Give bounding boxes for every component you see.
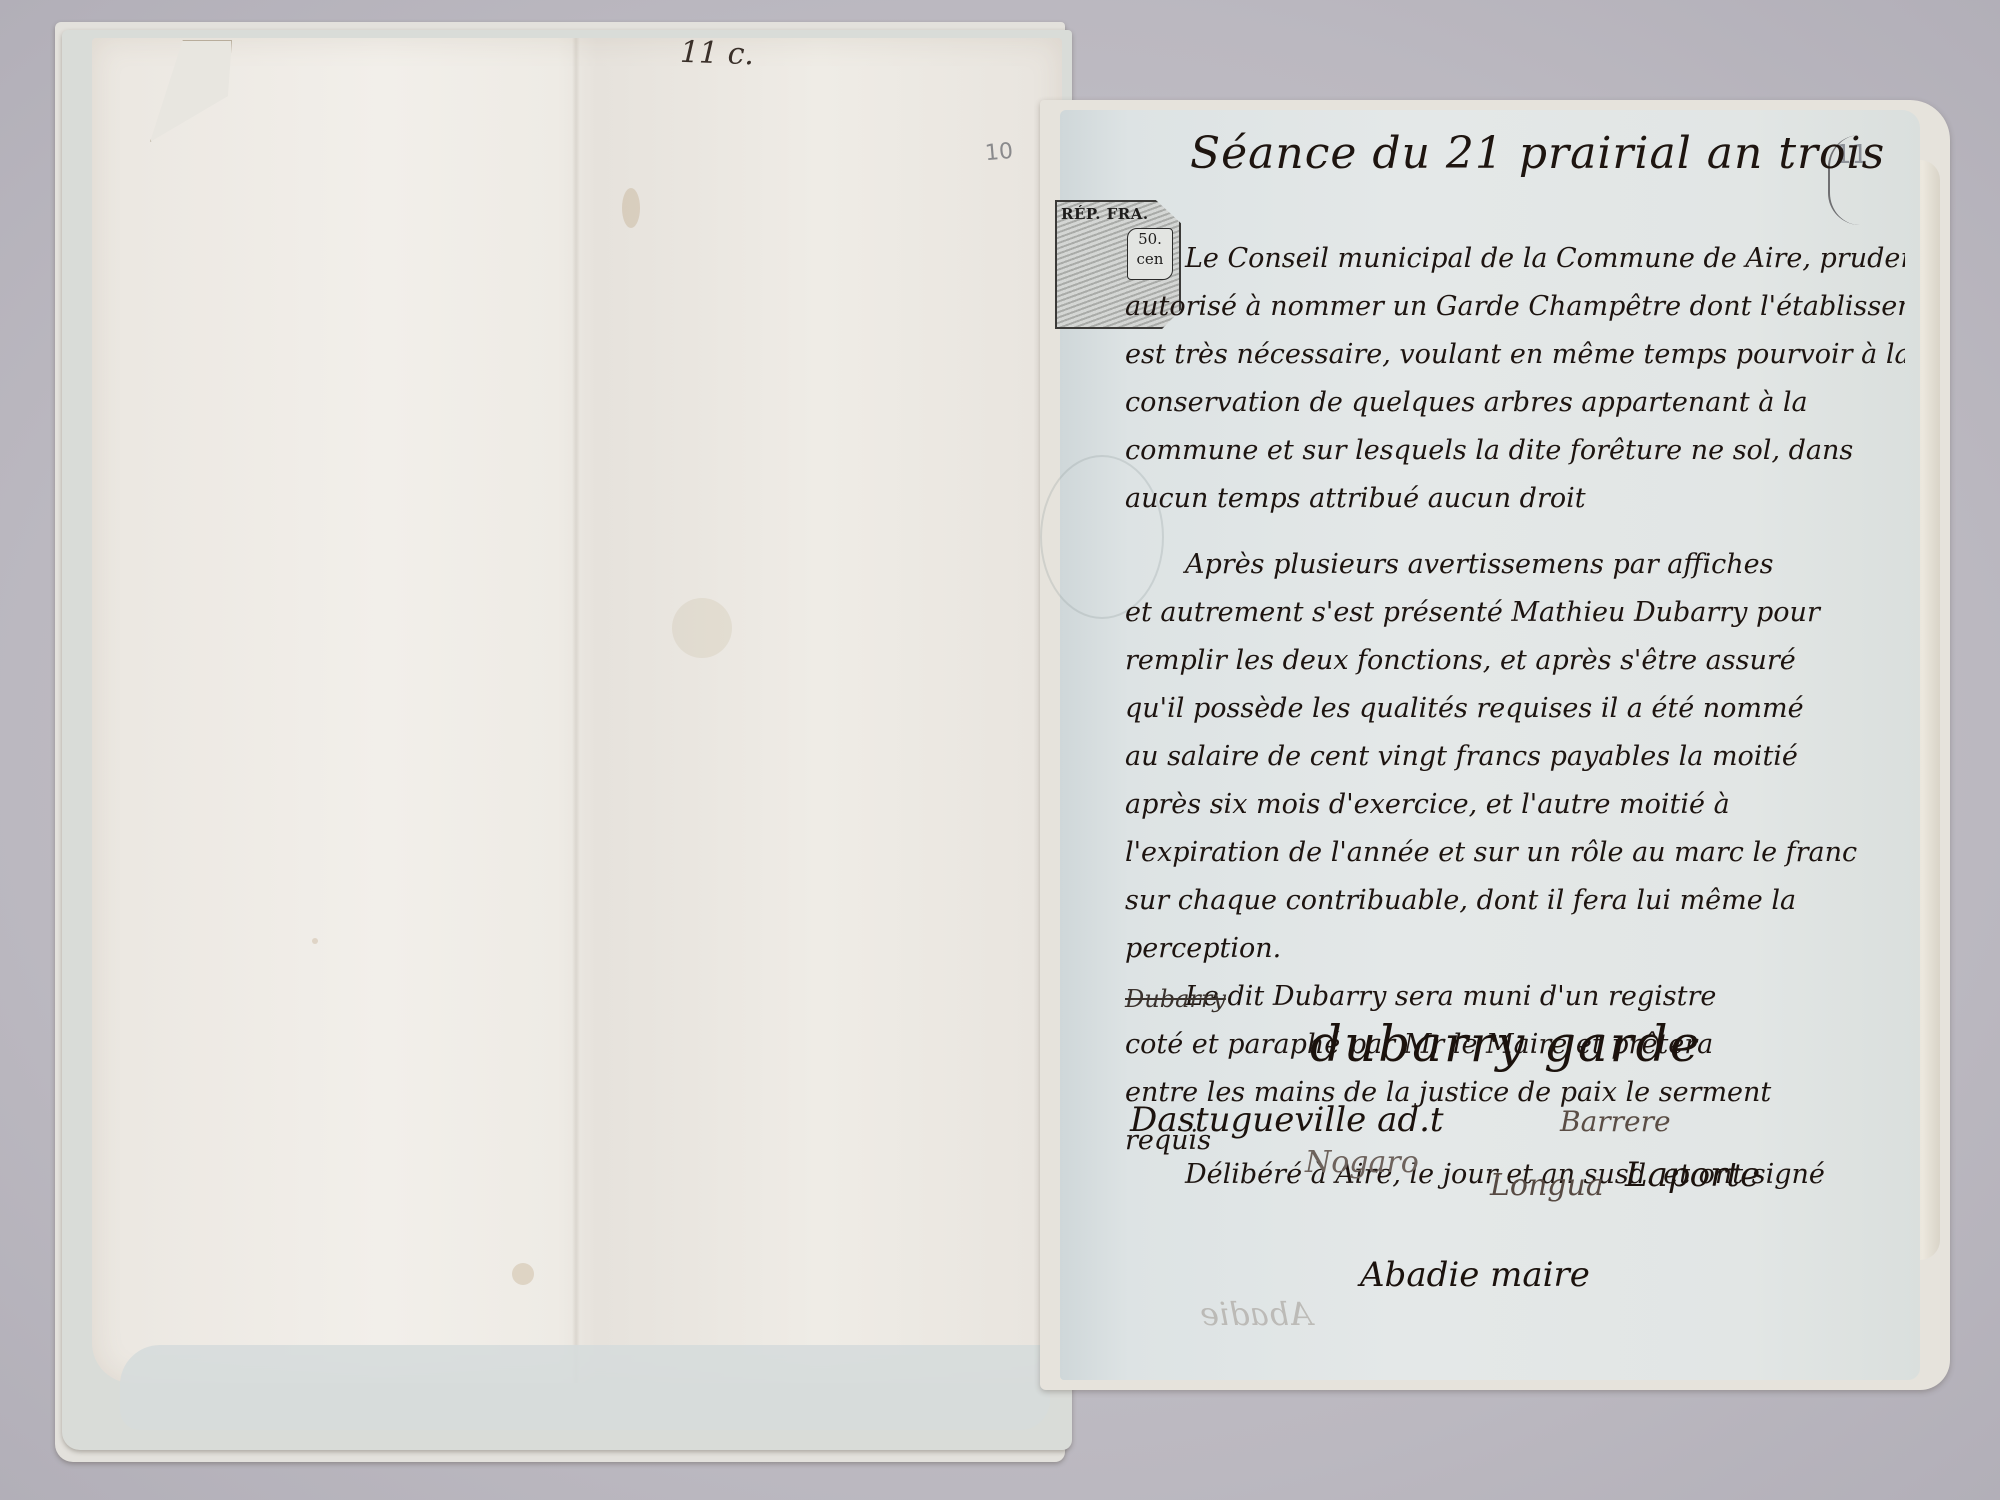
signature-nogaro: Nogaro: [1305, 1145, 1419, 1180]
left-page-blank: [92, 38, 1062, 1383]
bottom-repair-strip: [120, 1345, 1050, 1430]
session-heading: Séance du 21 prairial an trois: [1190, 128, 1885, 179]
top-note: 11 c.: [679, 35, 754, 73]
text-line: commune et sur lesquels la dite forêture…: [1125, 427, 1905, 475]
text-line: après six mois d'exercice, et l'autre mo…: [1125, 781, 1905, 829]
text-line: est très nécessaire, voulant en même tem…: [1125, 331, 1905, 379]
signature-longua: Longua: [1490, 1168, 1604, 1203]
signature-laporte: Laporte: [1625, 1155, 1760, 1195]
text-line: Le Conseil municipal de la Commune de Ai…: [1125, 235, 1905, 283]
text-line: Le dit Dubarry sera muni d'un registre: [1125, 973, 1905, 1021]
stain: [672, 598, 732, 658]
signature-barrere: Barrere: [1560, 1105, 1671, 1138]
page-number-left: 10: [984, 139, 1014, 166]
signature-adjoint: Dastugueville ad.t: [1130, 1100, 1444, 1140]
text-line: et autrement s'est présenté Mathieu Duba…: [1125, 589, 1905, 637]
text-line: remplir les deux fonctions, et après s'ê…: [1125, 637, 1905, 685]
struck-signature: Dubarry: [1125, 985, 1226, 1013]
text-line: sur chaque contribuable, dont il fera lu…: [1125, 877, 1905, 925]
stain: [512, 1263, 534, 1285]
text-line: Après plusieurs avertissemens par affich…: [1125, 541, 1905, 589]
text-line: aucun temps attribué aucun droit: [1125, 475, 1905, 523]
text-line: au salaire de cent vingt francs payables…: [1125, 733, 1905, 781]
signature-maire: Abadie maire: [1360, 1255, 1590, 1295]
text-line: perception.: [1125, 925, 1905, 973]
text-line: autorisé à nommer un Garde Champêtre don…: [1125, 283, 1905, 331]
stamp-label: RÉP. FRA.: [1061, 205, 1149, 223]
text-line: qu'il possède les qualités requises il a…: [1125, 685, 1905, 733]
text-line: conservation de quelques arbres apparten…: [1125, 379, 1905, 427]
signature-garde: dubarry garde: [1310, 1015, 1701, 1073]
stain: [622, 188, 640, 228]
ink-bleed-through: Abadie: [1200, 1295, 1312, 1333]
text-line: l'expiration de l'année et sur un rôle a…: [1125, 829, 1905, 877]
stain: [312, 938, 318, 944]
